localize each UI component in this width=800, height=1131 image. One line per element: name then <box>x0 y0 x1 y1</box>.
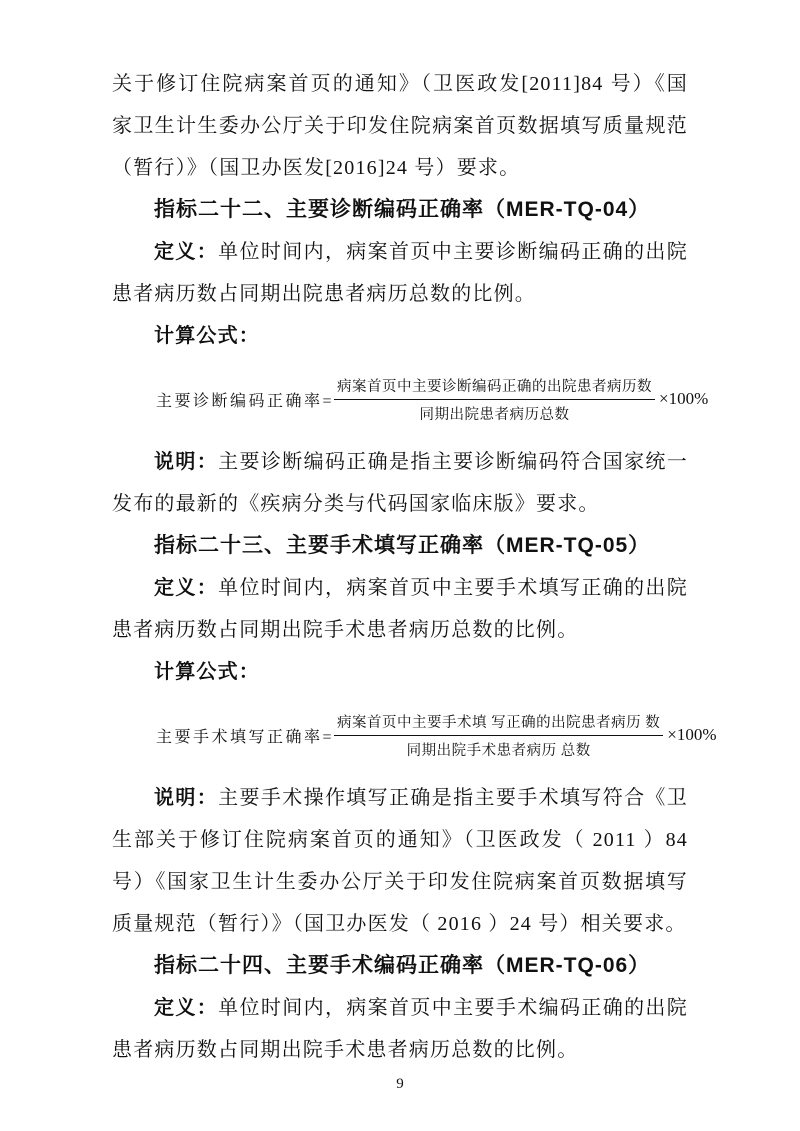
section-heading-indicator-24: 指标二十四、主要手术编码正确率（MER-TQ-06） <box>112 945 688 987</box>
formula-numerator: 病案首页中主要诊断编码正确的出院患者病历数 <box>334 375 655 400</box>
intro-paragraph: 关于修订住院病案首页的通知》（卫医政发[2011]84 号）《国家卫生计生委办公… <box>112 63 688 189</box>
formula-suffix: ×100% <box>663 725 716 745</box>
formula-indicator-23: 主要手术填写正确率=病案首页中主要手术填 写正确的出院患者病历 数同期出院手术患… <box>112 693 688 777</box>
formula-numerator: 病案首页中主要手术填 写正确的出院患者病历 数 <box>334 711 663 736</box>
definition-label: 定义： <box>154 577 218 599</box>
formula-fraction: 病案首页中主要诊断编码正确的出院患者病历数同期出院患者病历总数 <box>334 375 655 424</box>
definition-paragraph: 定义：单位时间内，病案首页中主要手术填写正确的出院患者病历数占同期出院手术患者病… <box>112 567 688 651</box>
formula-fraction: 病案首页中主要手术填 写正确的出院患者病历 数同期出院手术患者病历 总数 <box>334 711 663 760</box>
definition-label: 定义： <box>154 241 218 263</box>
definition-paragraph: 定义：单位时间内，病案首页中主要诊断编码正确的出院患者病历数占同期出院患者病历总… <box>112 231 688 315</box>
formula-suffix: ×100% <box>655 389 708 409</box>
page-number: 9 <box>0 1076 800 1093</box>
note-paragraph: 说明：主要诊断编码正确是指主要诊断编码符合国家统一发布的最新的《疾病分类与代码国… <box>112 441 688 525</box>
formula-label: 计算公式： <box>154 325 260 347</box>
note-paragraph: 说明：主要手术操作填写正确是指主要手术填写符合《卫生部关于修订住院病案首页的通知… <box>112 777 688 945</box>
note-label: 说明： <box>154 451 218 473</box>
note-text: 主要手术操作填写正确是指主要手术填写符合《卫生部关于修订住院病案首页的通知》（卫… <box>112 787 688 935</box>
formula-lhs: 主要诊断编码正确率= <box>156 388 334 411</box>
document-page: 关于修订住院病案首页的通知》（卫医政发[2011]84 号）《国家卫生计生委办公… <box>0 0 800 1131</box>
section-heading-indicator-22: 指标二十二、主要诊断编码正确率（MER-TQ-04） <box>112 189 688 231</box>
formula-label: 计算公式： <box>154 661 260 683</box>
definition-paragraph: 定义：单位时间内，病案首页中主要手术编码正确的出院患者病历数占同期出院手术患者病… <box>112 987 688 1071</box>
formula-lhs: 主要手术填写正确率= <box>156 724 334 747</box>
definition-label: 定义： <box>154 997 218 1019</box>
formula-denominator: 同期出院患者病历总数 <box>334 400 655 424</box>
section-heading-indicator-23: 指标二十三、主要手术填写正确率（MER-TQ-05） <box>112 525 688 567</box>
formula-label-paragraph: 计算公式： <box>112 315 688 357</box>
formula-denominator: 同期出院手术患者病历 总数 <box>334 736 663 760</box>
formula-label-paragraph: 计算公式： <box>112 651 688 693</box>
note-label: 说明： <box>154 787 218 809</box>
formula-indicator-22: 主要诊断编码正确率=病案首页中主要诊断编码正确的出院患者病历数同期出院患者病历总… <box>112 357 688 441</box>
